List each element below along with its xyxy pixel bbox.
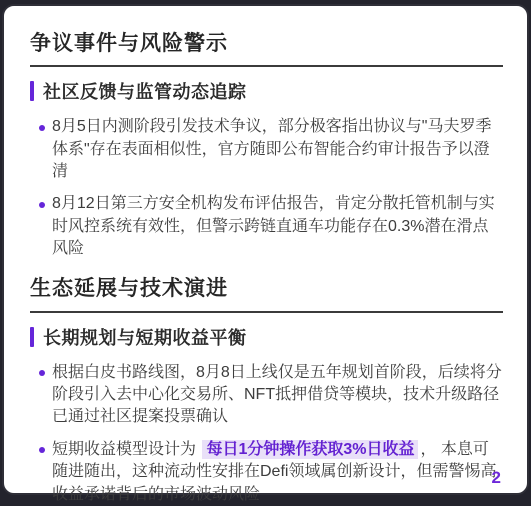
section-ecosystem: 生态延展与技术演进 长期规划与短期收益平衡 根据白皮书路线图，8月8日上线仅是五… [30, 277, 503, 500]
page-number: 2 [492, 468, 501, 488]
bullet-list: 根据白皮书路线图，8月8日上线仅是五年规划首阶段，后续将分阶段引入去中心化交易所… [30, 362, 503, 500]
section-title: 争议事件与风险警示 [30, 32, 503, 56]
bullet-list: 8月5日内测阶段引发技术争议，部分极客指出协议与"马夫罗季体系"存在表面相似性，… [30, 116, 503, 260]
accent-bar [30, 81, 34, 101]
bullet-text-prefix: 短期收益模型设计为 [52, 441, 200, 458]
bullet-text: 根据白皮书路线图，8月8日上线仅是五年规划首阶段，后续将分阶段引入去中心化交易所… [52, 364, 502, 426]
subsection-header: 社区反馈与监管动态追踪 [30, 78, 503, 104]
highlighted-phrase: 每日1分钟操作获取3%日收益 [202, 440, 418, 459]
page-background: { "accent_color": "#6526d9", "highlight_… [0, 0, 531, 500]
subsection-title: 社区反馈与监管动态追踪 [43, 78, 247, 104]
list-item: 根据白皮书路线图，8月8日上线仅是五年规划首阶段，后续将分阶段引入去中心化交易所… [30, 362, 503, 429]
list-item: 短期收益模型设计为 每日1分钟操作获取3%日收益， 本息可随进随出，这种流动性安… [30, 439, 503, 500]
list-item: 8月12日第三方安全机构发布评估报告，肯定分散托管机制与实时风控系统有效性，但警… [30, 193, 503, 260]
bullet-text: 8月12日第三方安全机构发布评估报告，肯定分散托管机制与实时风控系统有效性，但警… [52, 195, 495, 257]
accent-bar [30, 327, 34, 347]
list-item: 8月5日内测阶段引发技术争议，部分极客指出协议与"马夫罗季体系"存在表面相似性，… [30, 116, 503, 183]
section-title: 生态延展与技术演进 [30, 277, 503, 301]
section-risk-warning: 争议事件与风险警示 社区反馈与监管动态追踪 8月5日内测阶段引发技术争议，部分极… [30, 32, 503, 260]
subsection-header: 长期规划与短期收益平衡 [30, 324, 503, 350]
subsection-title: 长期规划与短期收益平衡 [43, 324, 247, 350]
section-divider [30, 311, 503, 313]
content-card: 争议事件与风险警示 社区反馈与监管动态追踪 8月5日内测阶段引发技术争议，部分极… [2, 4, 529, 495]
section-divider [30, 65, 503, 67]
bullet-text: 8月5日内测阶段引发技术争议，部分极客指出协议与"马夫罗季体系"存在表面相似性，… [52, 118, 491, 180]
